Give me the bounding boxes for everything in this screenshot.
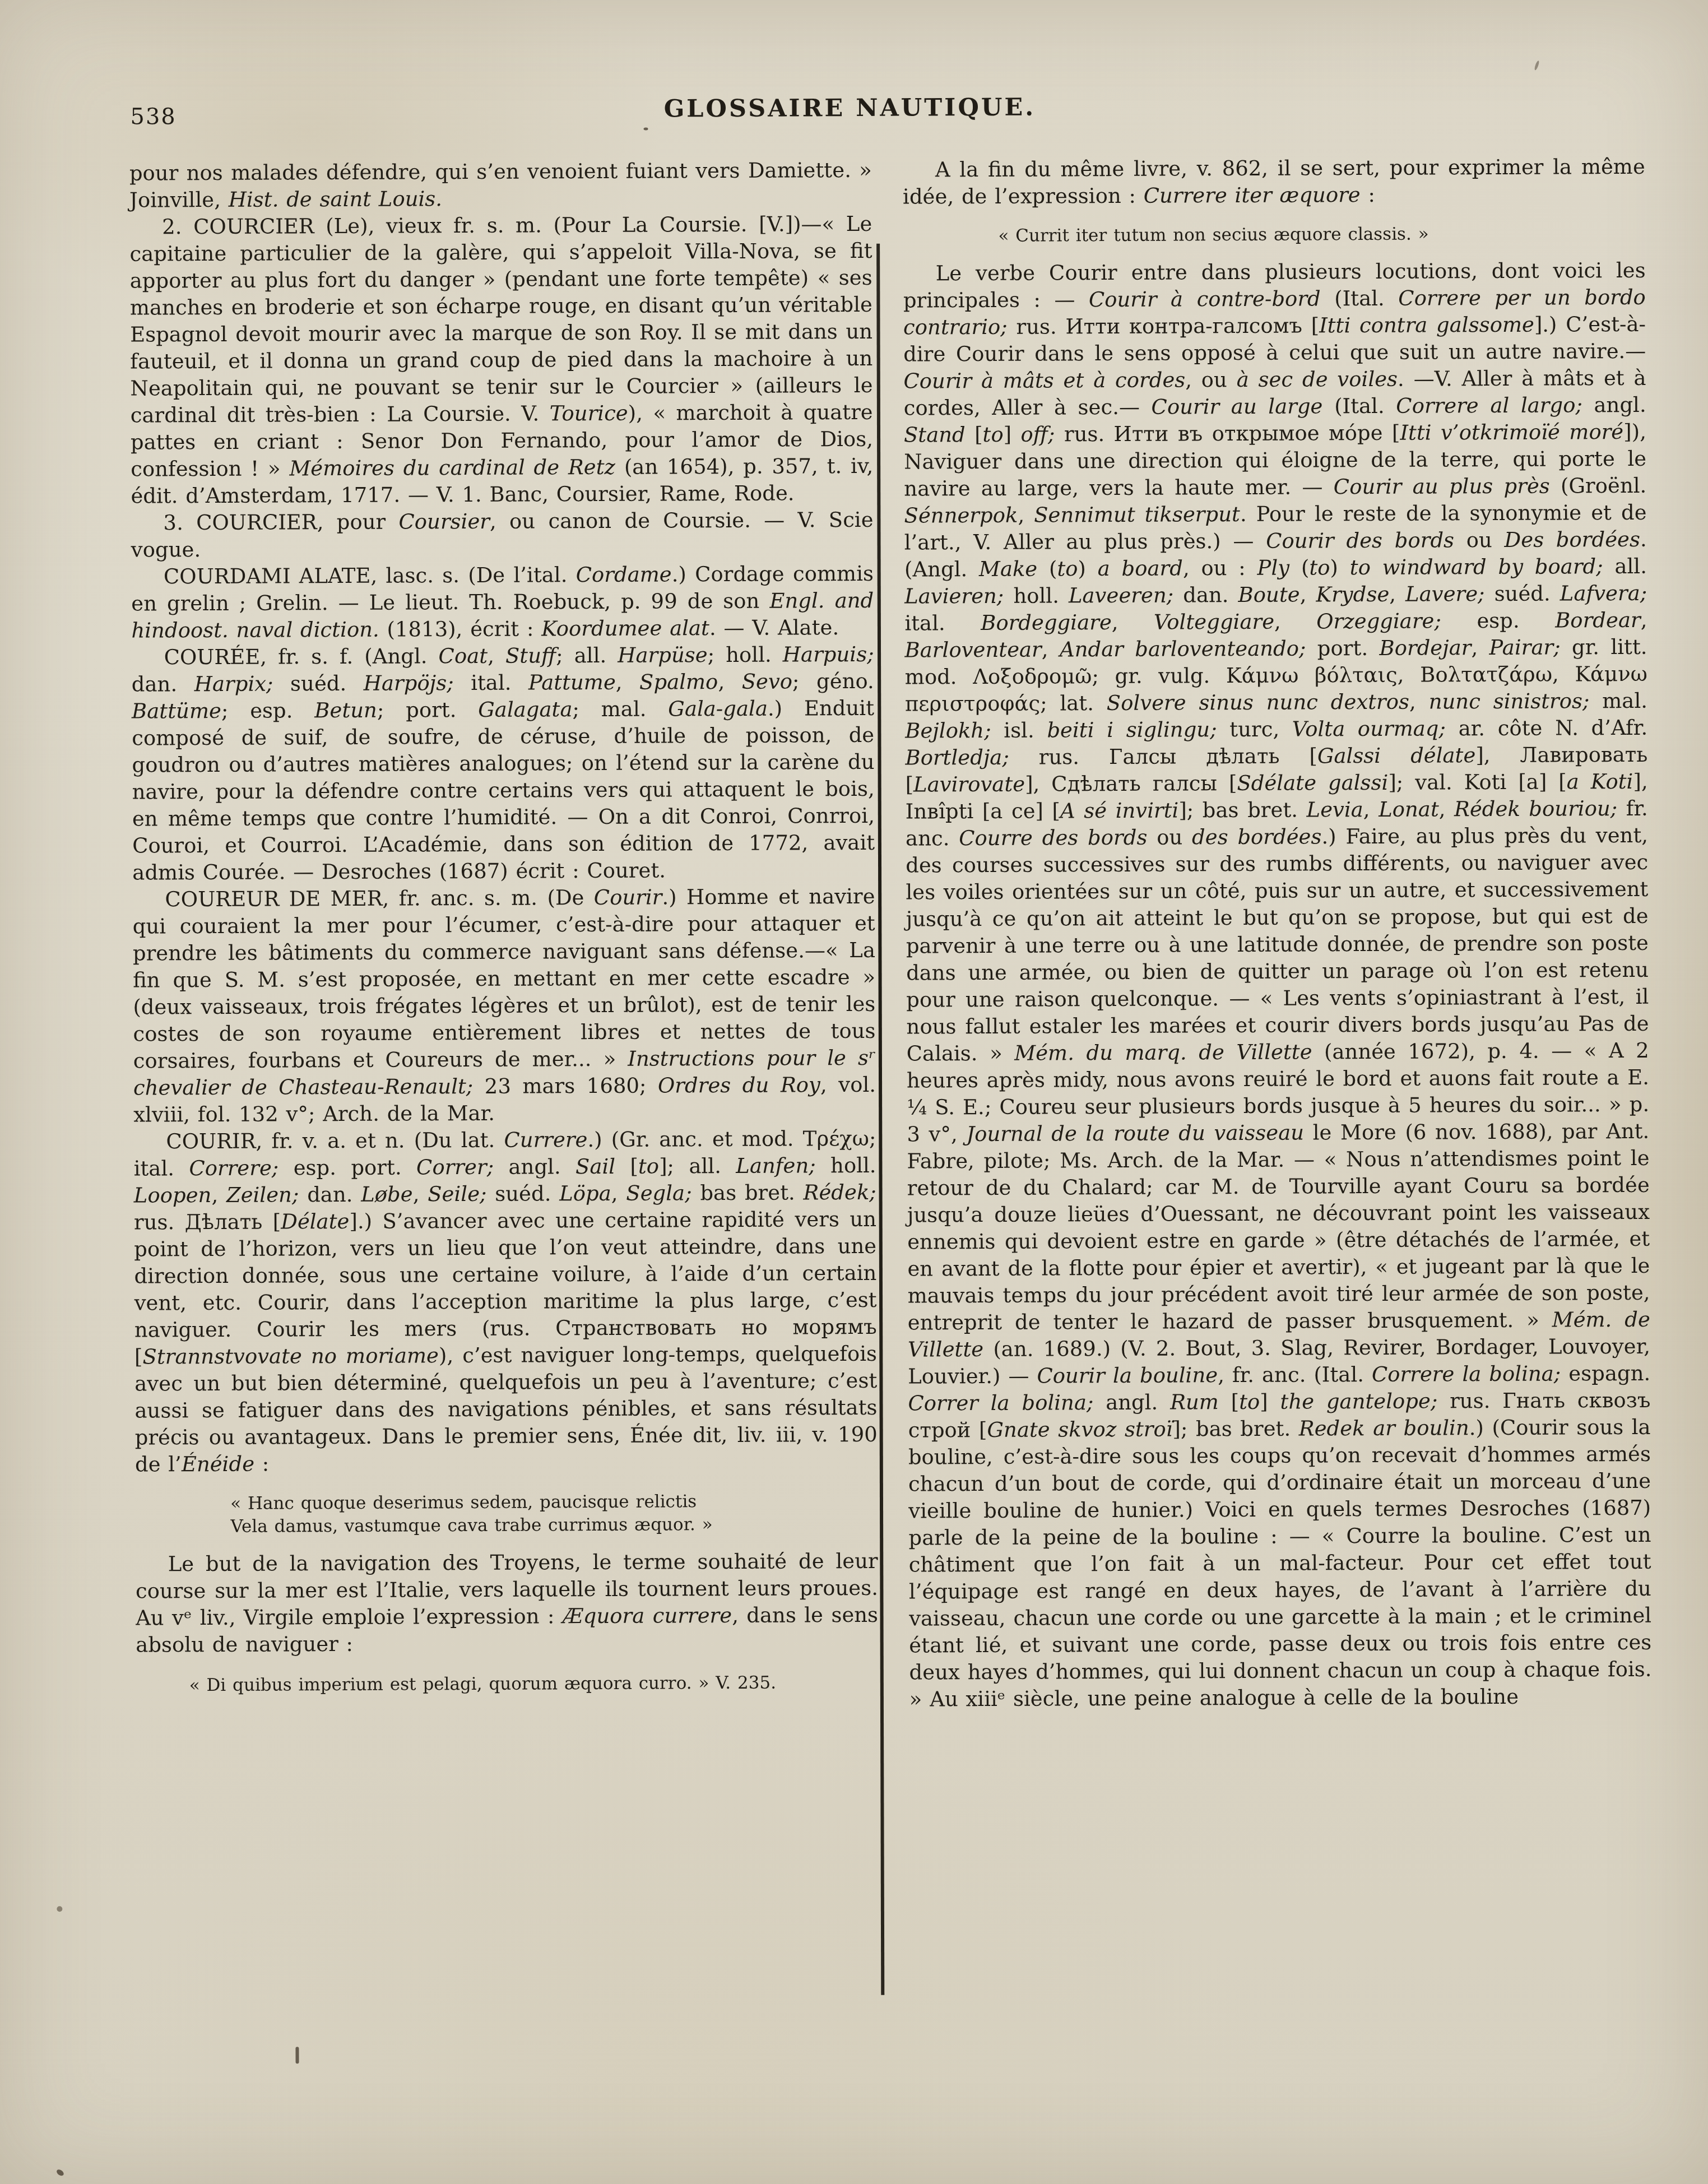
scan-speck [55, 2168, 65, 2177]
text-block: « Hanc quoque deserimus sedem, paucisque… [230, 1490, 878, 1538]
text-block: « Di quibus imperium est pelagi, quorum … [136, 1671, 879, 1698]
text-block: Le but de la navigation des Troyens, le … [136, 1548, 879, 1659]
text-block: A la fin du même livre, v. 862, il se se… [903, 154, 1645, 211]
left-column: pour nos malades défendre, qui s’en veno… [129, 157, 879, 1698]
text-block: 3. COURCIER, pour Coursier, ou canon de … [131, 507, 873, 564]
scan-speck [643, 128, 648, 131]
text-block: 2. COURCIER (Le), vieux fr. s. m. (Pour … [129, 211, 873, 510]
text-block: Le verbe Courir entre dans plusieurs loc… [903, 257, 1652, 1713]
text-block: COURIR, fr. v. a. et n. (Du lat. Currere… [133, 1125, 878, 1478]
text-block: « Currit iter tutum non secius æquore cl… [998, 222, 1645, 248]
page: 538 GLOSSAIRE NAUTIQUE. pour nos malades… [0, 0, 1708, 2184]
running-title: GLOSSAIRE NAUTIQUE. [0, 90, 1704, 126]
text-block: COURDAMI ALATE, lasc. s. (De l’ital. Cor… [131, 560, 874, 644]
scan-speck [295, 2047, 299, 2064]
text-block: COUREUR DE MER, fr. anc. s. m. (De Couri… [132, 883, 876, 1129]
text-block: pour nos malades défendre, qui s’en veno… [129, 157, 872, 214]
scan-speck [57, 1906, 62, 1912]
column-divider-rule [876, 244, 884, 1995]
text-block: COURÉE, fr. s. f. (Angl. Coat, Stuff; al… [132, 641, 875, 887]
right-column: A la fin du même livre, v. 862, il se se… [903, 154, 1652, 1713]
scan-speck [1534, 60, 1540, 71]
